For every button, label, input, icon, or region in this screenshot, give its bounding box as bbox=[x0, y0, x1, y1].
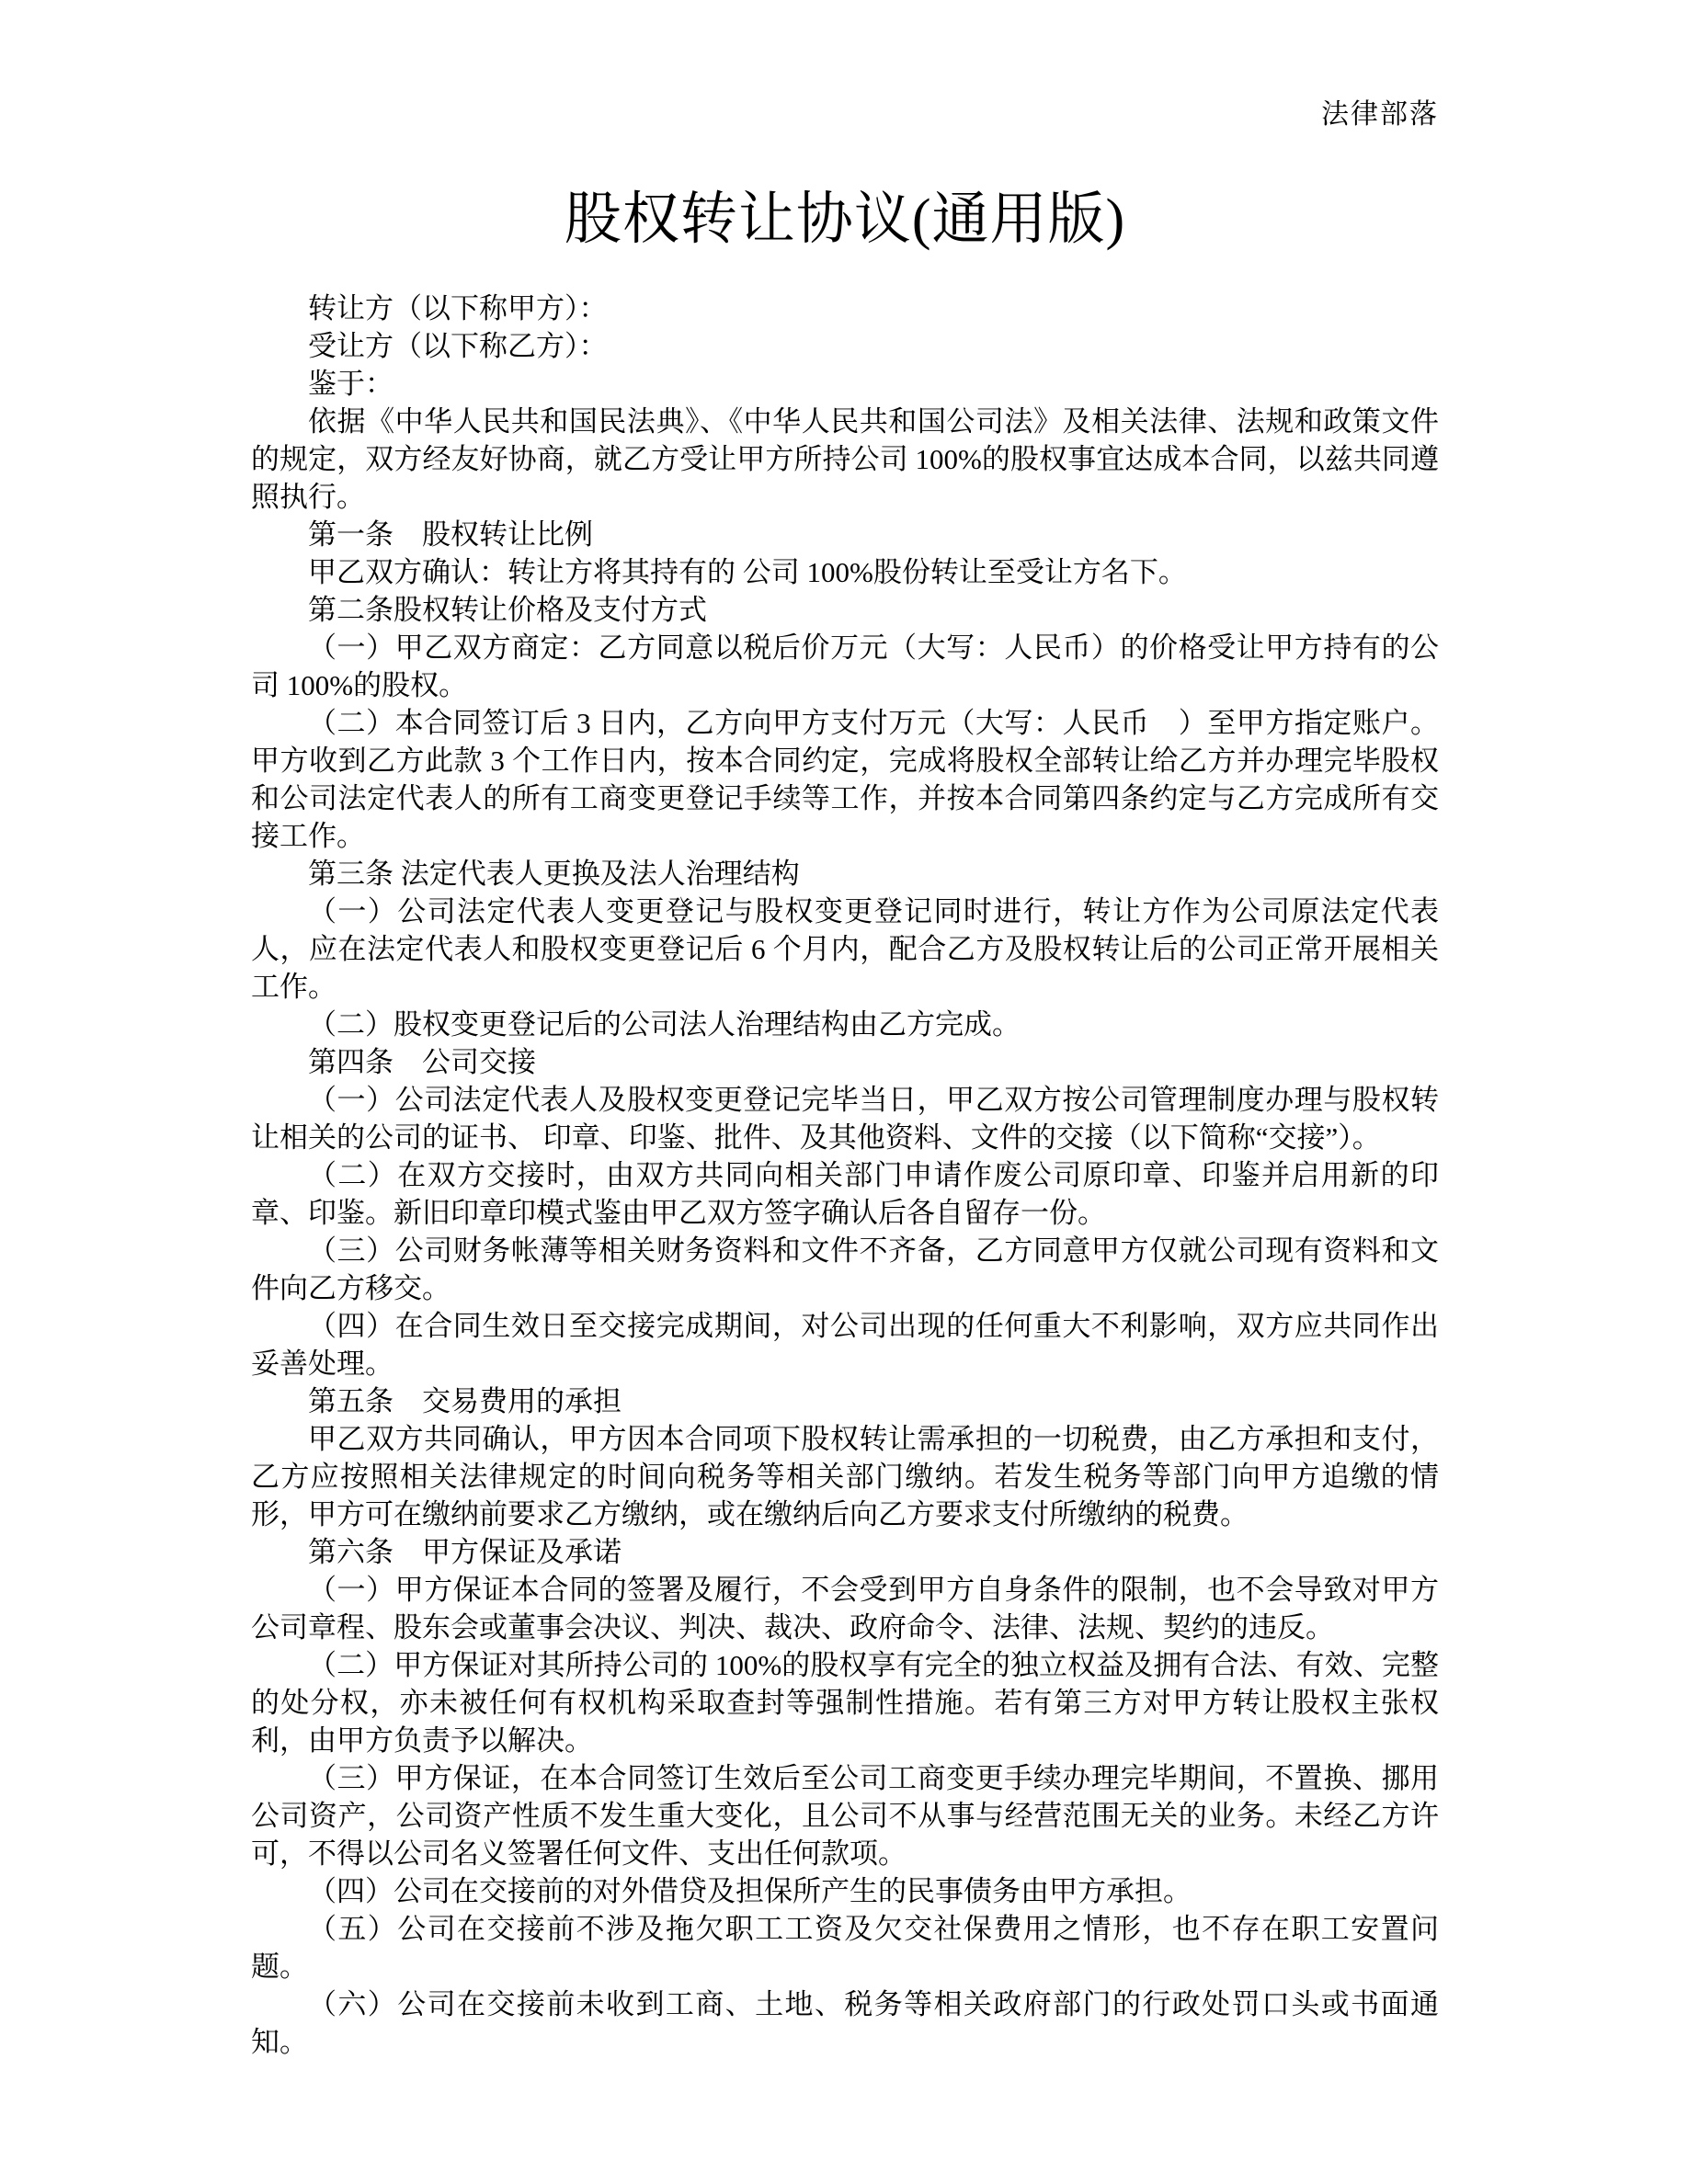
paragraph: （二）在双方交接时，由双方共同向相关部门申请作废公司原印章、印鉴并启用新的印章、… bbox=[251, 1156, 1439, 1232]
paragraph: （二）股权变更登记后的公司法人治理结构由乙方完成。 bbox=[251, 1006, 1439, 1043]
paragraph: （四）在合同生效日至交接完成期间，对公司出现的任何重大不利影响，双方应共同作出妥… bbox=[251, 1307, 1439, 1382]
clause-heading: 第五条 交易费用的承担 bbox=[251, 1382, 1439, 1420]
paragraph: （五）公司在交接前不涉及拖欠职工工资及欠交社保费用之情形，也不存在职工安置问题。 bbox=[251, 1910, 1439, 1985]
document-title: 股权转让协议(通用版) bbox=[251, 0, 1439, 253]
paragraph: （一）甲方保证本合同的签署及履行，不会受到甲方自身条件的限制，也不会导致对甲方公… bbox=[251, 1571, 1439, 1646]
clause-heading: 第三条 法定代表人更换及法人治理结构 bbox=[251, 855, 1439, 893]
paragraph: （三）甲方保证，在本合同签订生效后至公司工商变更手续办理完毕期间，不置换、挪用公… bbox=[251, 1759, 1439, 1872]
paragraph: （三）公司财务帐薄等相关财务资料和文件不齐备，乙方同意甲方仅就公司现有资料和文件… bbox=[251, 1232, 1439, 1307]
document-page: 法律部落 股权转让协议(通用版) 转让方（以下称甲方）： 受让方（以下称乙方）：… bbox=[0, 0, 1688, 2184]
paragraph: （一）公司法定代表人变更登记与股权变更登记同时进行，转让方作为公司原法定代表人，… bbox=[251, 893, 1439, 1006]
party-line-transferee: 受让方（以下称乙方）： bbox=[251, 327, 1439, 365]
paragraph: （一）甲乙双方商定：乙方同意以税后价万元（大写：人民币）的价格受让甲方持有的公司… bbox=[251, 629, 1439, 704]
clause-heading: 第一条 股权转让比例 bbox=[251, 516, 1439, 553]
clause-heading: 第二条股权转让价格及支付方式 bbox=[251, 591, 1439, 629]
paragraph: （六）公司在交接前未收到工商、土地、税务等相关政府部门的行政处罚口头或书面通知。 bbox=[251, 1985, 1439, 2061]
paragraph: （一）公司法定代表人及股权变更登记完毕当日，甲乙双方按公司管理制度办理与股权转让… bbox=[251, 1081, 1439, 1156]
party-line-transferor: 转让方（以下称甲方）： bbox=[251, 290, 1439, 327]
paragraph: 甲乙双方共同确认，甲方因本合同项下股权转让需承担的一切税费，由乙方承担和支付，乙… bbox=[251, 1420, 1439, 1533]
clause-heading: 第六条 甲方保证及承诺 bbox=[251, 1533, 1439, 1571]
whereas-line: 鉴于： bbox=[251, 365, 1439, 403]
corner-brand-text: 法律部落 bbox=[1321, 97, 1439, 132]
clause-heading: 第四条 公司交接 bbox=[251, 1043, 1439, 1081]
document-body: 转让方（以下称甲方）： 受让方（以下称乙方）： 鉴于： 依据《中华人民共和国民法… bbox=[251, 290, 1439, 2061]
paragraph: （四）公司在交接前的对外借贷及担保所产生的民事债务由甲方承担。 bbox=[251, 1872, 1439, 1910]
paragraph: （二）甲方保证对其所持公司的 100%的股权享有完全的独立权益及拥有合法、有效、… bbox=[251, 1646, 1439, 1759]
preamble-paragraph: 依据《中华人民共和国民法典》、《中华人民共和国公司法》及相关法律、法规和政策文件… bbox=[251, 403, 1439, 516]
paragraph: 甲乙双方确认：转让方将其持有的 公司 100%股份转让至受让方名下。 bbox=[251, 553, 1439, 591]
paragraph: （二）本合同签订后 3 日内，乙方向甲方支付万元（大写：人民币 ）至甲方指定账户… bbox=[251, 704, 1439, 855]
